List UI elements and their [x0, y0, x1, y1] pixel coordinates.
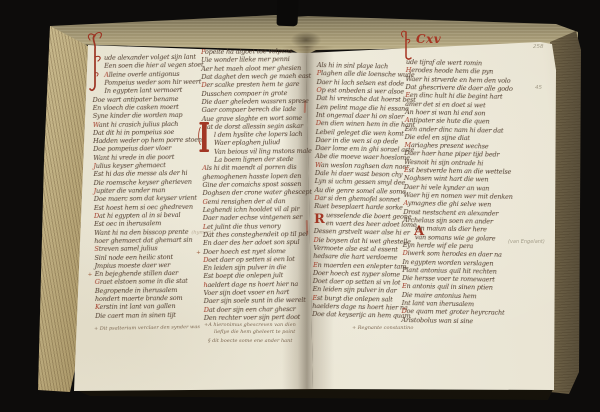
margin-plus-mark: +: [196, 249, 201, 257]
text-column-right-1: Als hi in sinl playe lachPlaghen alle di…: [312, 61, 415, 321]
heading-initial-L-icon: [398, 28, 414, 62]
footnote-right-col1: + Regnante constantino: [352, 325, 413, 331]
text-column-left-1: ude alexander volget sijn lantEen soen d…: [92, 53, 205, 320]
footnote-left-col2-line1: +A hieronimus ghescreven van dien: [204, 322, 296, 328]
bookmark-strap: [277, 0, 299, 26]
text-column-right-2: ude tijraf ale wert rominHerodes heode h…: [401, 58, 526, 326]
pencil-margin-note: (van Engelant): [508, 239, 545, 245]
manuscript-photo: R A Cxv ude alexander volget sijn lantEe…: [0, 0, 600, 412]
chapter-number: Cxv: [416, 32, 441, 46]
manuscript-line: Den rechter voer sijn pert doot: [204, 313, 314, 322]
footnote-left-col2-line3: § dit boecte some ene ander hant: [208, 338, 292, 344]
manuscript-line: Die caert man in sinen tijt: [95, 310, 205, 320]
chapter-heading: Cxv: [398, 28, 441, 62]
text-column-left-2: Popelte ha algoet toe volpensUie wonder …: [201, 47, 314, 322]
footnote-left-col2-line2: lieflye die hem gheleert te point: [214, 329, 295, 335]
pencil-folio-number: 258: [533, 44, 544, 50]
pencil-margin-number: 45: [535, 85, 542, 91]
margin-plus-mark: +: [88, 271, 93, 279]
